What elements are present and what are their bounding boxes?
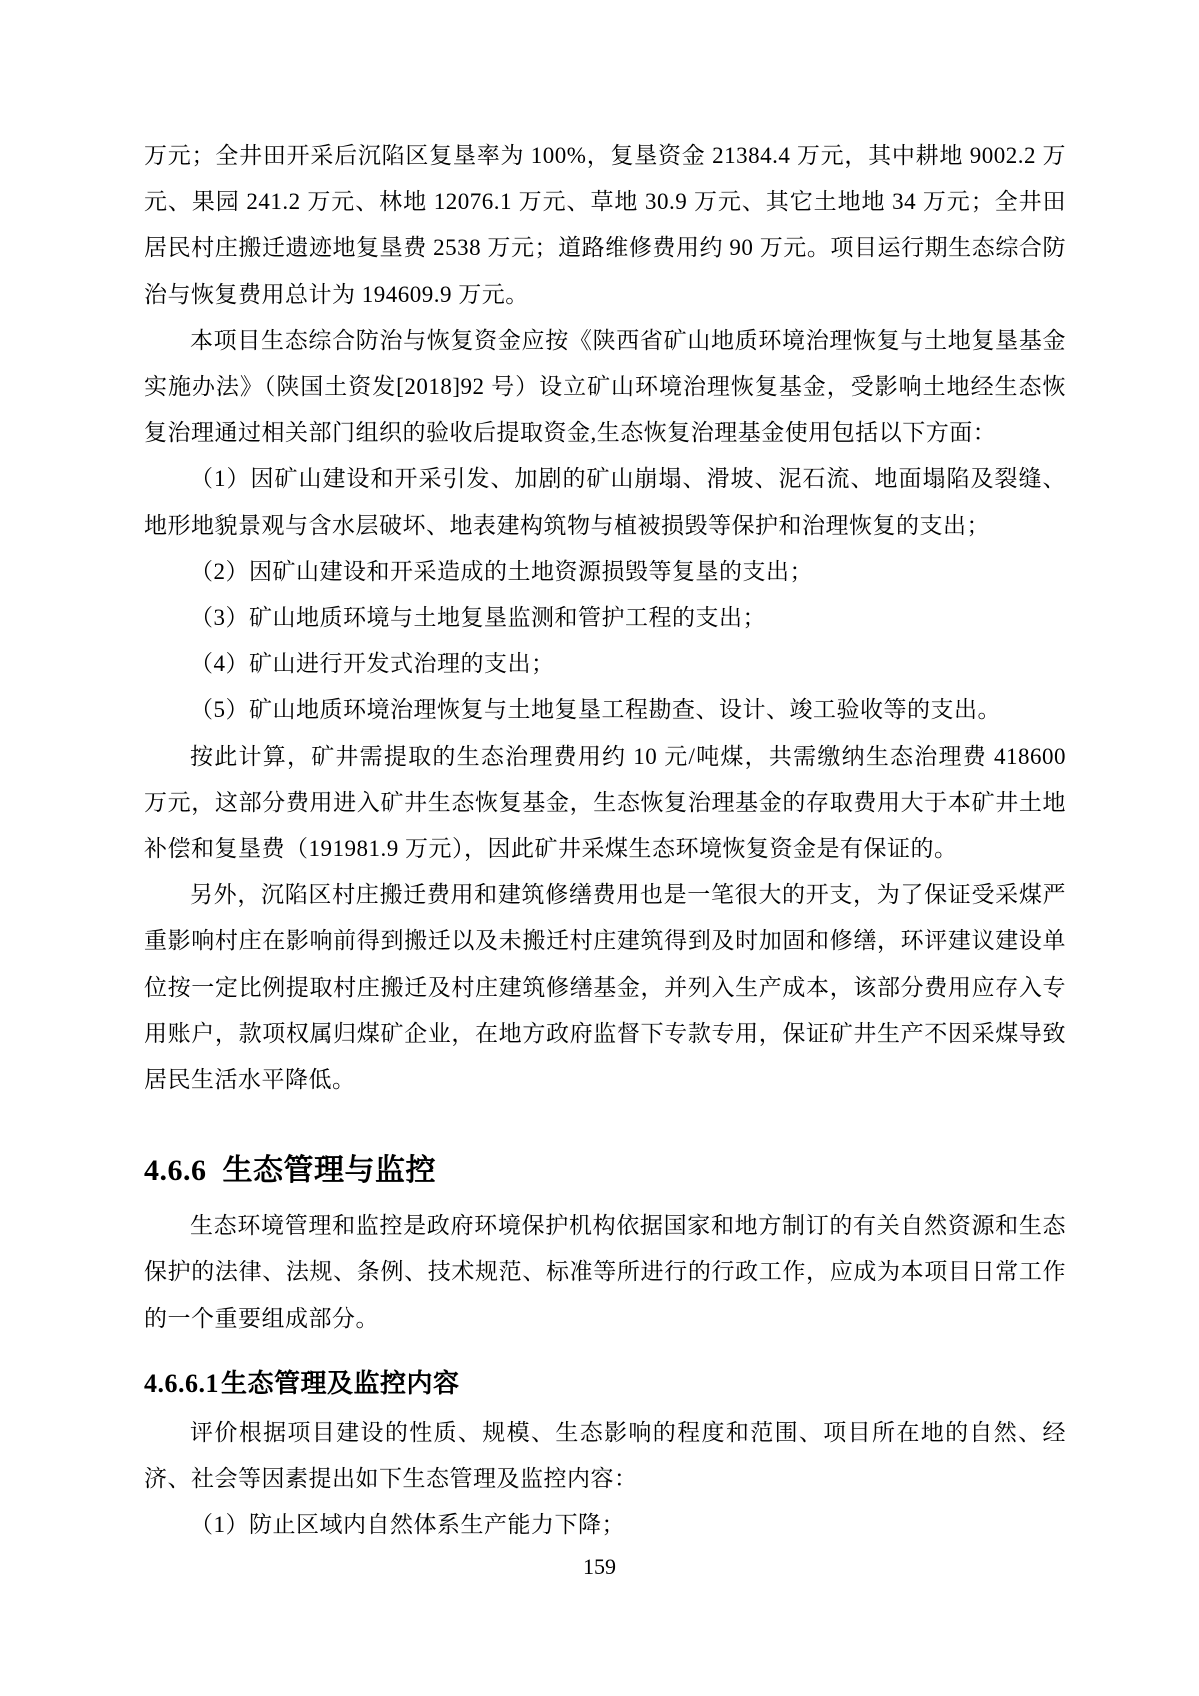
subsection-number: 4.6.6.1 xyxy=(144,1369,219,1398)
list-item-paragraph: （2）因矿山建设和开采造成的土地资源损毁等复垦的支出； xyxy=(144,549,1066,595)
body-paragraph: 另外，沉陷区村庄搬迁费用和建筑修缮费用也是一笔很大的开支，为了保证受采煤严重影响… xyxy=(144,872,1066,1103)
document-page: 万元；全井田开采后沉陷区复垦率为 100%，复垦资金 21384.4 万元，其中… xyxy=(0,0,1199,1696)
list-item-paragraph: （4）矿山进行开发式治理的支出； xyxy=(144,641,1066,687)
list-item-paragraph: （1）因矿山建设和开采引发、加剧的矿山崩塌、滑坡、泥石流、地面塌陷及裂缝、地形地… xyxy=(144,456,1066,548)
body-paragraph: 评价根据项目建设的性质、规模、生态影响的程度和范围、项目所在地的自然、经济、社会… xyxy=(144,1410,1066,1502)
section-title: 生态管理与监控 xyxy=(223,1154,437,1187)
list-item-paragraph: （3）矿山地质环境与土地复垦监测和管护工程的支出； xyxy=(144,595,1066,641)
section-heading: 4.6.6生态管理与监控 xyxy=(144,1149,1066,1193)
body-paragraph: 按此计算，矿井需提取的生态治理费用约 10 元/吨煤，共需缴纳生态治理费 418… xyxy=(144,734,1066,873)
body-paragraph: 生态环境管理和监控是政府环境保护机构依据国家和地方制订的有关自然资源和生态保护的… xyxy=(144,1203,1066,1342)
list-item-paragraph: （5）矿山地质环境治理恢复与土地复垦工程勘查、设计、竣工验收等的支出。 xyxy=(144,687,1066,733)
subsection-heading: 4.6.6.1生态管理及监控内容 xyxy=(144,1363,1066,1404)
body-paragraph: 本项目生态综合防治与恢复资金应按《陕西省矿山地质环境治理恢复与土地复垦基金实施办… xyxy=(144,318,1066,457)
subsection-title: 生态管理及监控内容 xyxy=(221,1368,460,1398)
section-number: 4.6.6 xyxy=(144,1154,207,1187)
list-item-paragraph: （1）防止区域内自然体系生产能力下降； xyxy=(144,1502,1066,1548)
page-number: 159 xyxy=(0,1552,1199,1582)
body-paragraph: 万元；全井田开采后沉陷区复垦率为 100%，复垦资金 21384.4 万元，其中… xyxy=(144,133,1066,318)
document-content: 万元；全井田开采后沉陷区复垦率为 100%，复垦资金 21384.4 万元，其中… xyxy=(144,133,1066,1548)
